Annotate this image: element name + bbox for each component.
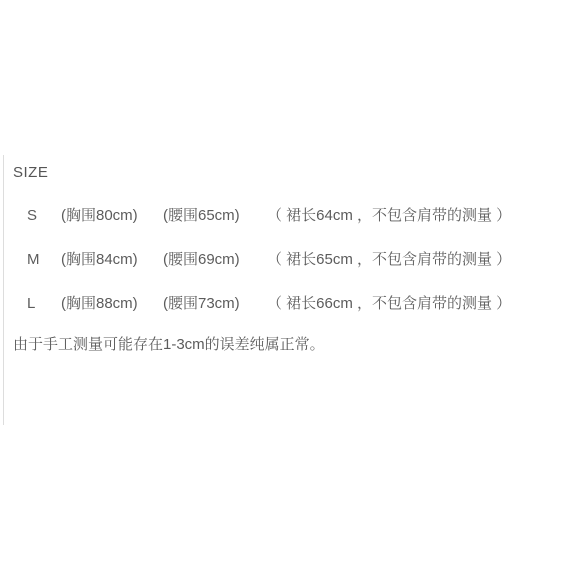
bust-measurement: (胸围80cm) [61,206,163,226]
size-label: L [13,294,61,314]
measurement-note: 由于手工测量可能存在1-3cm的误差纯属正常。 [13,335,573,355]
waist-measurement: (腰围73cm) [163,294,267,314]
waist-measurement: (腰围69cm) [163,250,267,270]
length-measurement: （ 裙长65cm ，不包含肩带的测量 ） [267,250,573,270]
bust-measurement: (胸围88cm) [61,294,163,314]
product-description-page: SIZE S (胸围80cm) (腰围65cm) （ 裙长64cm ，不包含肩带… [0,0,584,584]
bust-measurement: (胸围84cm) [61,250,163,270]
size-label: S [13,206,61,226]
size-row-m: M (胸围84cm) (腰围69cm) （ 裙长65cm ，不包含肩带的测量 ） [13,250,573,270]
size-chart-heading: SIZE [13,163,573,183]
size-label: M [13,250,61,270]
waist-measurement: (腰围65cm) [163,206,267,226]
length-measurement: （ 裙长64cm ，不包含肩带的测量 ） [267,206,573,226]
size-chart-panel: SIZE S (胸围80cm) (腰围65cm) （ 裙长64cm ，不包含肩带… [3,155,573,425]
size-row-l: L (胸围88cm) (腰围73cm) （ 裙长66cm ，不包含肩带的测量 ） [13,294,573,314]
size-row-s: S (胸围80cm) (腰围65cm) （ 裙长64cm ，不包含肩带的测量 ） [13,206,573,226]
length-measurement: （ 裙长66cm ，不包含肩带的测量 ） [267,294,573,314]
